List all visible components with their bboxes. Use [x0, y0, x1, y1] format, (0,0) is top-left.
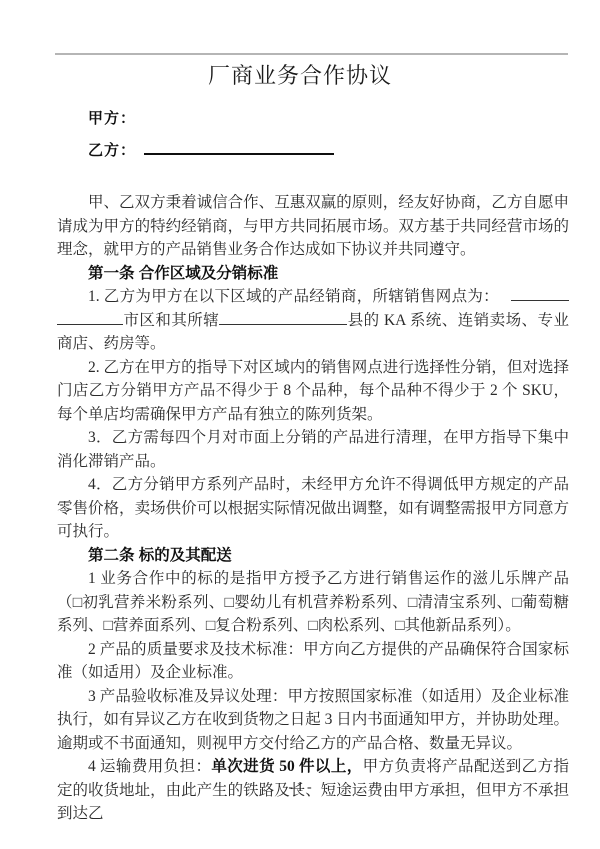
clause-2-4-bold: 单次进货 50 件以上， [211, 758, 362, 775]
section-2-heading: 第二条 标的及其配送 [57, 544, 569, 568]
parties-block: 甲方： 乙方： [88, 107, 334, 171]
clause-2-2: 2 产品的质量要求及技术标准：甲方向乙方提供的产品确保符合国家标准（如适用）及企… [57, 638, 569, 685]
clause-1-1: 1. 乙方为甲方在以下区域的产品经销商，所辖销售网点为：市区和其所辖县的 KA … [57, 285, 569, 356]
clause-2-3: 3 产品验收标准及异议处理：甲方按照国家标准（如适用）及企业标准执行，如有异议乙… [57, 685, 569, 756]
header-rule [55, 53, 568, 55]
clause-2-1: 1 业务合作中的标的是指甲方授予乙方进行销售运作的滋儿乐牌产品（□初乳营养米粉系… [57, 567, 569, 638]
party-a-row: 甲方： [88, 107, 334, 139]
party-a-label: 甲方： [88, 110, 136, 127]
contract-body: 甲、乙双方秉着诚信合作、互惠双赢的原则，经友好协商，乙方自愿申请成为甲方的特约经… [57, 191, 569, 826]
document-page: 厂商业务合作协议 甲方： 乙方： 甲、乙双方秉着诚信合作、互惠双赢的原则，经友好… [0, 0, 600, 849]
clause-1-3: 3．乙方需每四个月对市面上分销的产品进行清理，在甲方指导下集中消化滞销产品。 [57, 426, 569, 473]
blank-field [219, 322, 347, 325]
party-b-row: 乙方： [88, 139, 334, 171]
page-title: 厂商业务合作协议 [0, 59, 600, 90]
blank-field [511, 298, 569, 301]
page-number: - 1 - [0, 780, 600, 796]
clause-1-1-text-b: 市区和其所辖 [123, 312, 219, 329]
clause-2-4-text-a: 4 运输费用负担： [88, 758, 211, 775]
intro-paragraph: 甲、乙双方秉着诚信合作、互惠双赢的原则，经友好协商，乙方自愿申请成为甲方的特约经… [57, 191, 569, 262]
blank-field [57, 322, 123, 325]
clause-1-2: 2. 乙方在甲方的指导下对区域内的销售网点进行选择性分销，但对选择门店乙方分销甲… [57, 356, 569, 427]
clause-1-1-text-a: 1. 乙方为甲方在以下区域的产品经销商，所辖销售网点为： [88, 288, 499, 305]
party-b-blank-line [144, 151, 334, 155]
section-1-heading: 第一条 合作区域及分销标准 [57, 262, 569, 286]
party-b-label: 乙方： [88, 142, 136, 159]
clause-1-4: 4．乙方分销甲方系列产品时，未经甲方允许不得调低甲方规定的产品零售价格，卖场供价… [57, 473, 569, 544]
